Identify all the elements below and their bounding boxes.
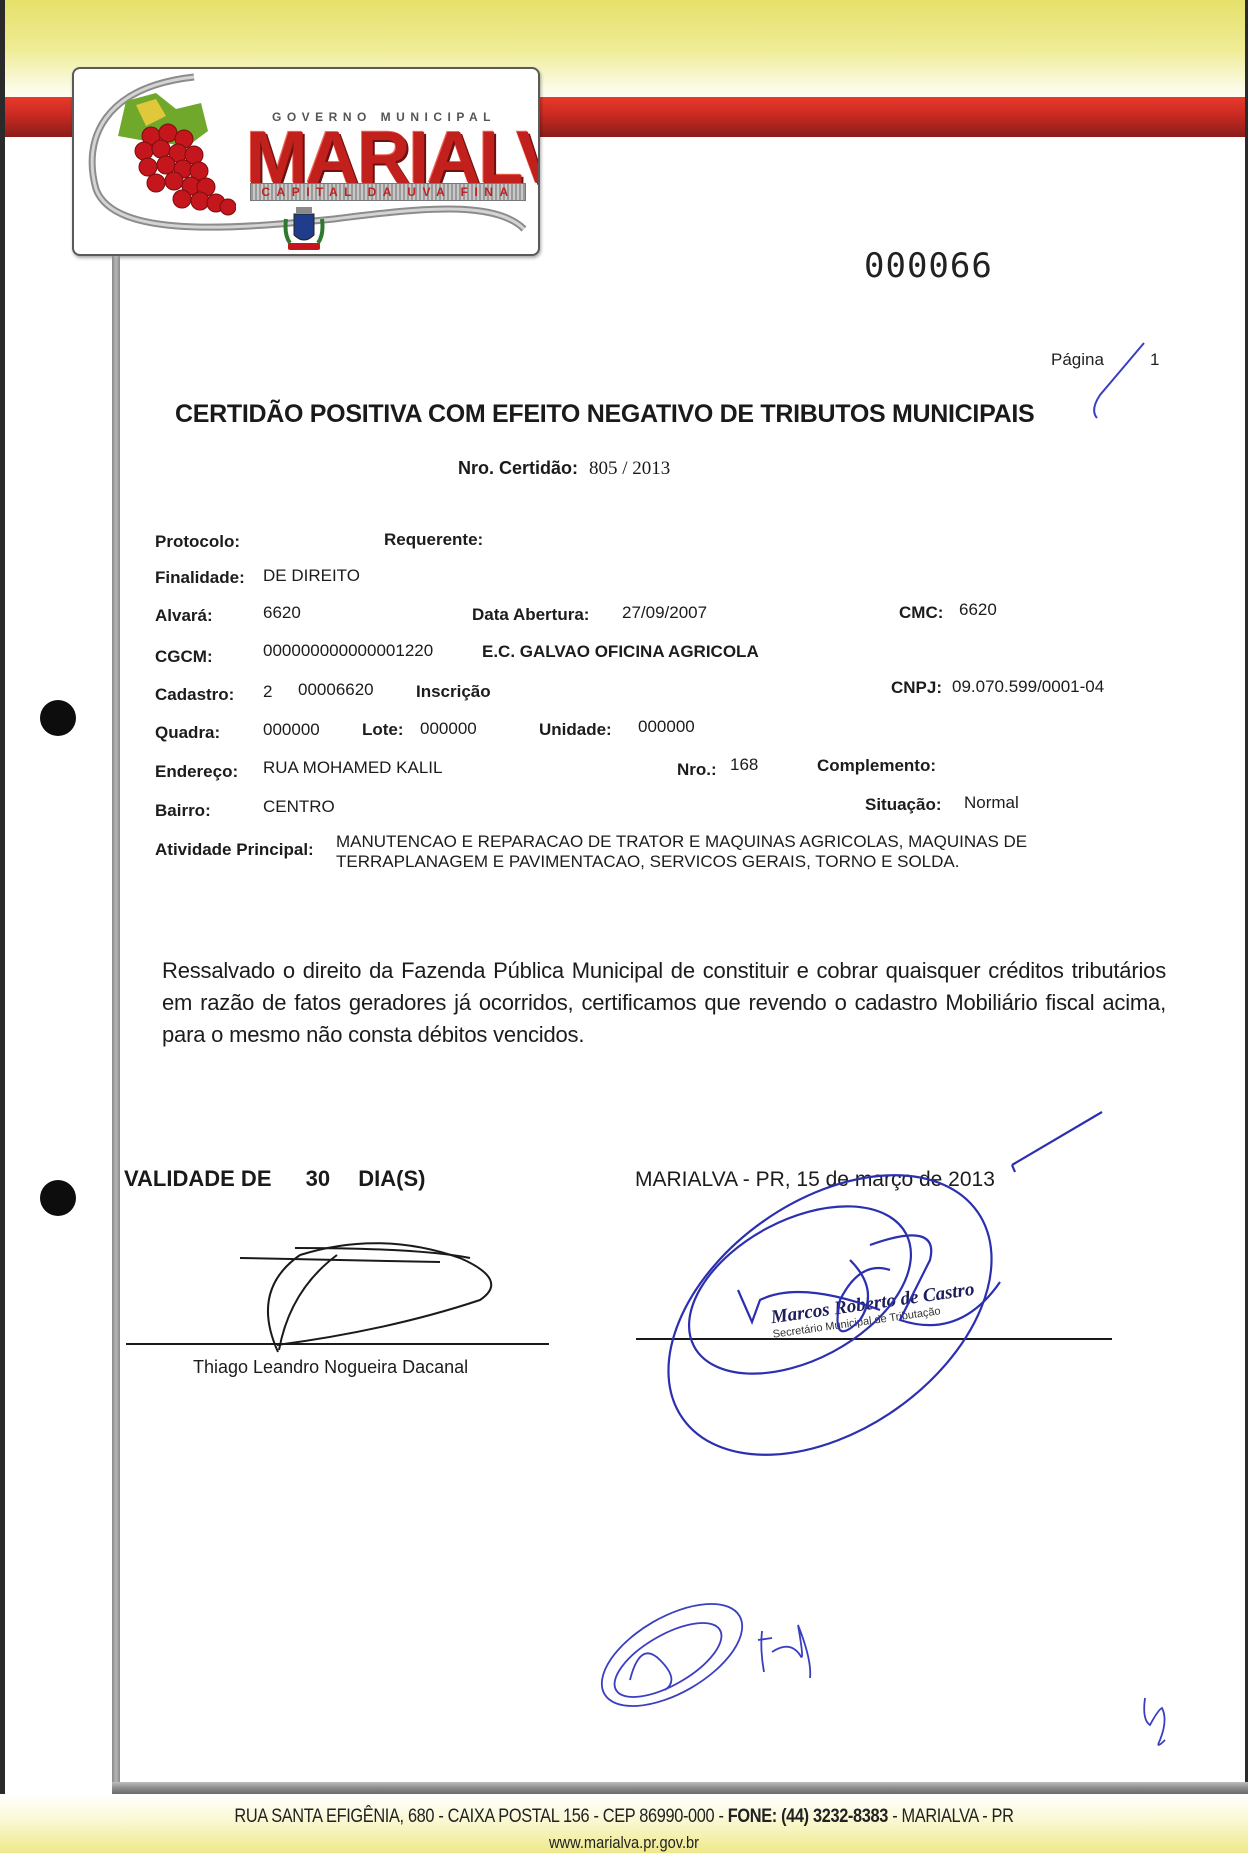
logo-tagline: CAPITAL DA UVA FINA: [250, 183, 526, 201]
atividade-principal-label: Atividade Principal:: [155, 840, 314, 860]
data-abertura-value: 27/09/2007: [622, 603, 707, 623]
quadra-label: Quadra:: [155, 723, 220, 743]
grapes-icon: [96, 91, 236, 221]
place-and-date: MARIALVA - PR, 15 de março de 2013: [635, 1168, 995, 1192]
atividade-principal-line1: MANUTENCAO E REPARACAO DE TRATOR E MAQUI…: [336, 832, 1027, 852]
page-frame-bottom: [112, 1782, 1248, 1794]
page-label: Página: [1051, 350, 1104, 370]
lote-label: Lote:: [362, 720, 404, 740]
footer-street: RUA SANTA EFIGÊNIA, 680 - CAIXA POSTAL 1…: [234, 1806, 727, 1827]
cnpj-value: 09.070.599/0001-04: [952, 677, 1104, 697]
footer-address: RUA SANTA EFIGÊNIA, 680 - CAIXA POSTAL 1…: [87, 1806, 1160, 1828]
initials-marks-icon: [585, 1583, 1165, 1745]
nro-value: 168: [730, 755, 758, 775]
punch-hole-icon: [40, 1180, 76, 1216]
validity: VALIDADE DE 30 DIA(S): [124, 1166, 425, 1192]
handwritten-marks: [0, 0, 1248, 1853]
complemento-label: Complemento:: [817, 756, 936, 776]
finalidade-value: DE DIREITO: [263, 566, 360, 586]
unidade-value: 000000: [638, 717, 695, 737]
cmc-label: CMC:: [899, 603, 943, 623]
situacao-value: Normal: [964, 793, 1019, 813]
punch-hole-icon: [40, 700, 76, 736]
requerente-label: Requerente:: [384, 530, 483, 550]
cadastro-type: 2: [263, 682, 272, 702]
cgcm-label: CGCM:: [155, 647, 213, 667]
atividade-principal-line2: TERRAPLANAGEM E PAVIMENTACAO, SERVICOS G…: [336, 852, 959, 872]
cmc-value: 6620: [959, 600, 997, 620]
stamped-sheet-number: 000066: [864, 246, 993, 286]
razao-social: E.C. GALVAO OFICINA AGRICOLA: [482, 642, 759, 662]
nro-label: Nro.:: [677, 760, 717, 780]
cnpj-label: CNPJ:: [891, 678, 942, 698]
scan-edge-left: [0, 0, 5, 1853]
bairro-label: Bairro:: [155, 801, 211, 821]
quadra-value: 000000: [263, 720, 320, 740]
finalidade-label: Finalidade:: [155, 568, 245, 588]
certificate-number: Nro. Certidão: 805 / 2013: [458, 458, 670, 480]
coat-of-arms-icon: [282, 205, 326, 253]
bairro-value: CENTRO: [263, 797, 335, 817]
signature-line-right: [636, 1338, 1112, 1340]
protocolo-label: Protocolo:: [155, 532, 240, 552]
page-frame-left: [112, 256, 120, 1792]
signature-line-left: [126, 1343, 549, 1345]
alvara-label: Alvará:: [155, 606, 213, 626]
municipal-logo: GOVERNO MUNICIPAL MARIALVA CAPITAL DA UV…: [72, 67, 540, 256]
cgcm-value: 000000000000001220: [263, 641, 433, 661]
validity-prefix: VALIDADE DE: [124, 1166, 272, 1192]
footer-website-link[interactable]: www.marialva.pr.gov.br: [87, 1833, 1160, 1853]
certificate-number-label: Nro. Certidão:: [458, 458, 578, 478]
inscricao-label: Inscrição: [416, 682, 491, 702]
cadastro-value: 00006620: [298, 680, 374, 700]
cadastro-label: Cadastro:: [155, 685, 234, 705]
footer-phone: FONE: (44) 3232-8383: [728, 1806, 888, 1827]
footer-city: - MARIALVA - PR: [888, 1806, 1014, 1827]
alvara-value: 6620: [263, 603, 301, 623]
signer-name-left: Thiago Leandro Nogueira Dacanal: [193, 1357, 468, 1378]
situacao-label: Situação:: [865, 795, 942, 815]
validity-suffix: DIA(S): [358, 1166, 425, 1192]
left-signature-icon: [240, 1243, 491, 1352]
data-abertura-label: Data Abertura:: [472, 605, 589, 625]
unidade-label: Unidade:: [539, 720, 612, 740]
document-title: CERTIDÃO POSITIVA COM EFEITO NEGATIVO DE…: [175, 400, 1034, 429]
endereco-value: RUA MOHAMED KALIL: [263, 758, 443, 778]
validity-days: 30: [306, 1166, 330, 1192]
certificate-number-value: 805 / 2013: [589, 458, 670, 479]
page-number: 1: [1150, 350, 1159, 370]
lote-value: 000000: [420, 719, 477, 739]
endereco-label: Endereço:: [155, 762, 238, 782]
certification-text: Ressalvado o direito da Fazenda Pública …: [162, 955, 1166, 1051]
